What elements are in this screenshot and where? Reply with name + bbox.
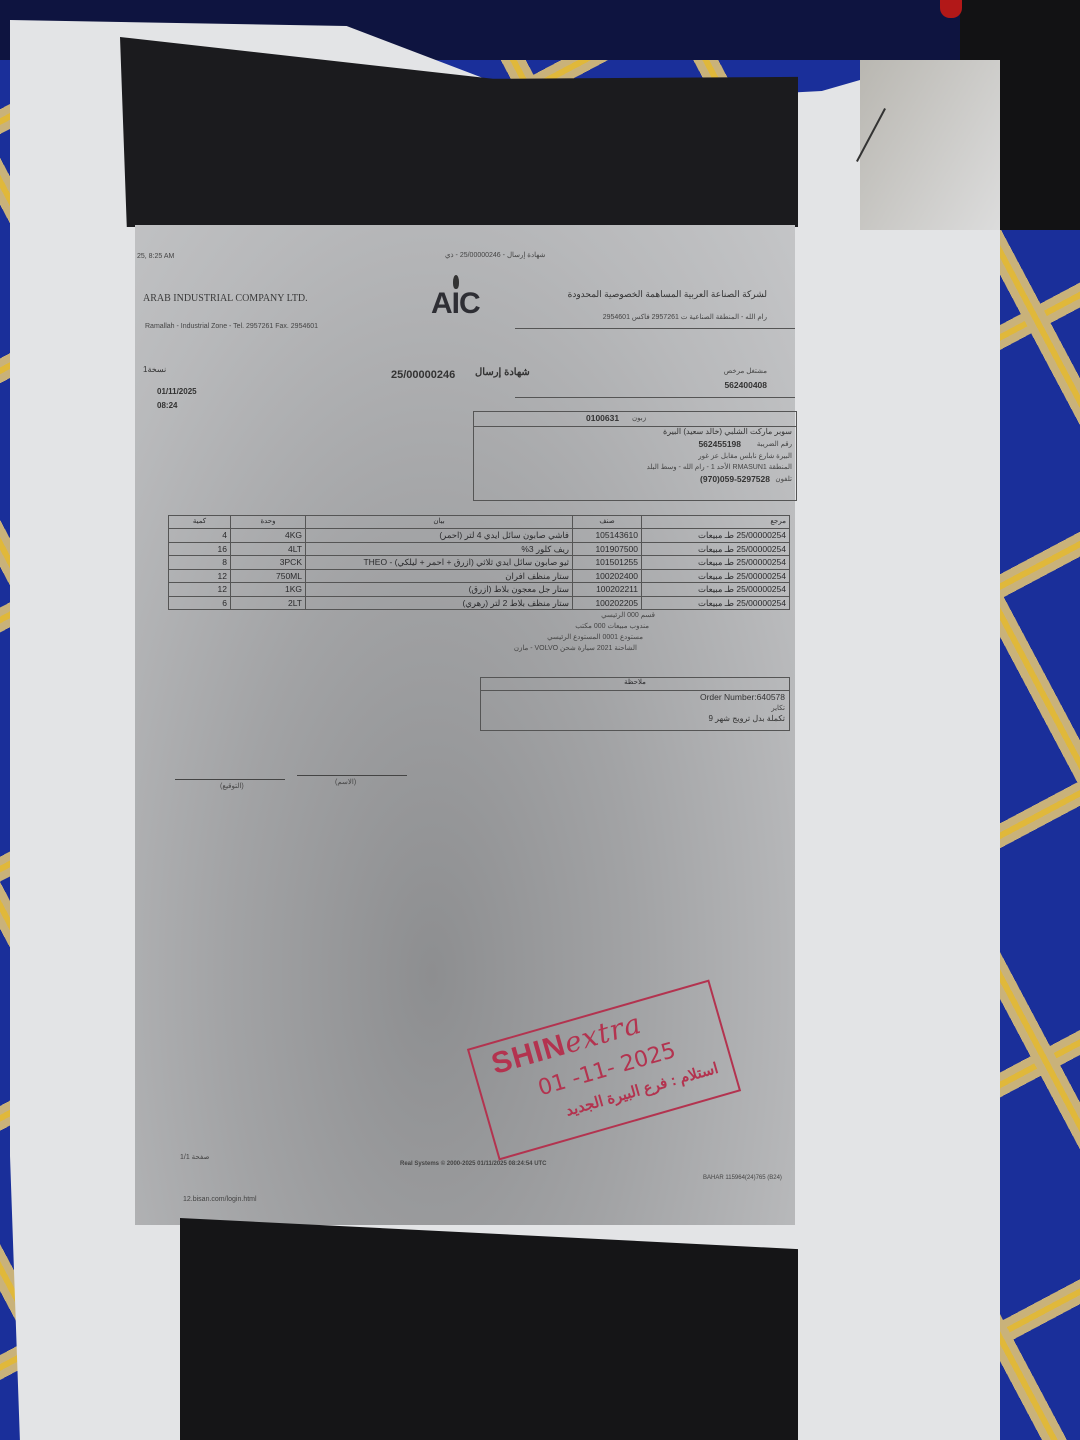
row-qty: 16 (169, 542, 231, 556)
document-title: شهادة إرسال (475, 367, 530, 378)
row-reference: 25/00000254 طـ مبيعات (642, 542, 790, 556)
row-unit: 750ML (231, 569, 306, 583)
header-qty: كمية (169, 516, 231, 529)
row-reference: 25/00000254 طـ مبيعات (642, 529, 790, 543)
customer-phone: (970)059-5297528 (700, 474, 770, 484)
print-time: 25, 8:25 AM (137, 253, 174, 260)
print-reference: شهادة إرسال - 25/00000246 - ذي (445, 251, 545, 259)
customer-region: المنطقة RMASUN1 الأحد 1 - رام الله - وسط… (647, 463, 792, 471)
row-item: 100202211 (573, 583, 642, 597)
meta-rule (515, 397, 795, 398)
customer-phone-label: تلفون (775, 475, 792, 483)
row-qty: 6 (169, 596, 231, 610)
customer-code-row: 0100631 زبون (474, 412, 796, 427)
row-item: 100202205 (573, 596, 642, 610)
row-reference: 25/00000254 طـ مبيعات (642, 556, 790, 570)
table-row: 83PCKثيو صابون سائل ايدي ثلاثي (ازرق + ا… (169, 556, 790, 570)
row-reference: 25/00000254 طـ مبيعات (642, 583, 790, 597)
row-qty: 12 (169, 583, 231, 597)
company-address-en: Ramallah - Industrial Zone - Tel. 295726… (145, 323, 318, 330)
row-qty: 8 (169, 556, 231, 570)
licensed-dealer-number: 562400408 (724, 380, 767, 390)
document-time: 08:24 (157, 401, 177, 410)
row-item: 101501255 (573, 556, 642, 570)
notes-line-2: تكاير (771, 704, 785, 712)
row-description: ستار جل معجون بلاط (ازرق) (306, 583, 573, 597)
table-row: 121KGستار جل معجون بلاط (ازرق)1002022112… (169, 583, 790, 597)
document-date: 01/11/2025 (157, 387, 197, 396)
signature-label: (التوقيع) (220, 782, 244, 790)
name-line (297, 775, 407, 776)
row-reference: 25/00000254 طـ مبيعات (642, 596, 790, 610)
customer-box: 0100631 زبون سوبر ماركت الشلبي (خالد سعي… (473, 411, 797, 501)
table-row: 62LTستار منظف بلاط 2 لتر (رهري)100202205… (169, 596, 790, 610)
customer-name: سوبر ماركت الشلبي (خالد سعيد) البيرة (663, 427, 792, 436)
header-rule (515, 328, 795, 329)
footer-code: BAHAR 115964(24)765 (B24) (703, 1175, 782, 1181)
header-item: صنف (573, 516, 642, 529)
paper-fold-shadow (860, 60, 1000, 230)
row-unit: 1KG (231, 583, 306, 597)
document-number: 25/00000246 (391, 369, 455, 381)
row-description: ريف كلور 3% (306, 542, 573, 556)
row-qty: 4 (169, 529, 231, 543)
company-name-ar: لشركة الصناعة العربية المساهمة الخصوصية … (568, 289, 767, 300)
customer-address: البيرة شارع نابلس مقابل عز غور (698, 452, 792, 460)
header-description: بيان (306, 516, 573, 529)
detail-line: مندوب مبيعات 000 مكتب (575, 622, 649, 630)
items-table: كمية وحدة بيان صنف مرجع 44KGفاشي صابون س… (168, 515, 790, 610)
header-unit: وحدة (231, 516, 306, 529)
row-item: 101907500 (573, 542, 642, 556)
detail-line: قسم 000 الرئيسي (601, 611, 655, 619)
row-unit: 3PCK (231, 556, 306, 570)
items-table-header: كمية وحدة بيان صنف مرجع (169, 516, 790, 529)
company-address-ar: رام الله - المنطقة الصناعية ت 2957261 فا… (603, 313, 767, 321)
customer-code: 0100631 (586, 413, 619, 423)
detail-line: مستودع 0001 المستودع الرئيسي (547, 633, 643, 641)
print-url: 12.bisan.com/login.html (183, 1196, 257, 1203)
row-qty: 12 (169, 569, 231, 583)
row-unit: 4LT (231, 542, 306, 556)
row-description: ثيو صابون سائل ايدي ثلاثي (ازرق + احمر +… (306, 556, 573, 570)
page-number: صفحة 1/1 (180, 1153, 209, 1161)
table-row: 164LTريف كلور 3%10190750025/00000254 طـ … (169, 542, 790, 556)
row-description: ستار منظف بلاط 2 لتر (رهري) (306, 596, 573, 610)
red-object (940, 0, 962, 18)
notes-box: ملاحظة Order Number:640578 تكاير تكملة ب… (480, 677, 790, 731)
row-item: 100202400 (573, 569, 642, 583)
order-number: Order Number:640578 (700, 692, 785, 702)
company-logo: AIC (431, 287, 480, 321)
row-item: 105143610 (573, 529, 642, 543)
customer-tax-label: رقم الضريبة (757, 440, 792, 448)
customer-code-label: زبون (632, 414, 646, 422)
notes-header: ملاحظة (481, 678, 789, 691)
system-footer: Real Systems © 2000-2025 01/11/2025 08:2… (400, 1161, 547, 1167)
row-reference: 25/00000254 طـ مبيعات (642, 569, 790, 583)
row-description: ستار منظف افران (306, 569, 573, 583)
table-row: 12750MLستار منظف افران10020240025/000002… (169, 569, 790, 583)
signature-line (175, 779, 285, 780)
row-unit: 4KG (231, 529, 306, 543)
copy-label: نسخة1 (143, 365, 166, 374)
printed-black-bar-bottom (180, 1218, 798, 1440)
company-name-en: ARAB INDUSTRIAL COMPANY LTD. (143, 293, 308, 304)
licensed-dealer-label: مشتغل مرخص (724, 367, 767, 375)
name-label: (الاسم) (335, 778, 356, 786)
table-row: 44KGفاشي صابون سائل ايدي 4 لتر (احمر)105… (169, 529, 790, 543)
row-unit: 2LT (231, 596, 306, 610)
detail-line: الشاحنة 2021 سيارة شحن VOLVO - مازن (514, 644, 637, 652)
notes-line-3: تكملة بدل ترويج شهر 9 (709, 714, 786, 723)
row-description: فاشي صابون سائل ايدي 4 لتر (احمر) (306, 529, 573, 543)
header-reference: مرجع (642, 516, 790, 529)
customer-tax-number: 562455198 (698, 439, 741, 449)
